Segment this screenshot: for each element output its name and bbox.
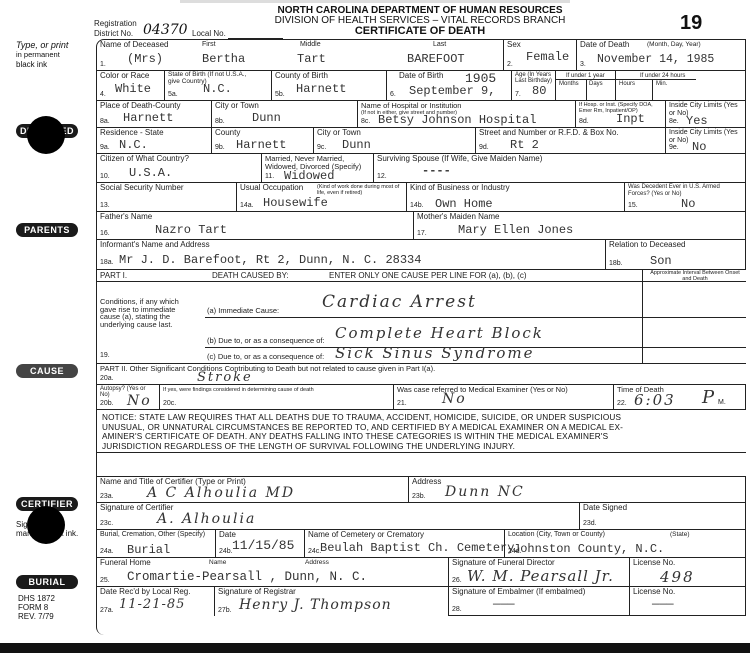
location-value: Johnston County, N.C. <box>513 542 664 556</box>
field-number: 2. <box>507 61 513 68</box>
certifier-name-value: A C Alhoulia MD <box>147 485 295 501</box>
cemetery-value: Beulah Baptist Ch. Cemetery <box>320 541 514 555</box>
citizen-value: U.S.A. <box>129 166 172 180</box>
instruction-text: Type, or print in permanent black ink <box>16 40 68 70</box>
field-number: 19. <box>100 352 110 359</box>
page-title: CERTIFICATE OF DEATH <box>300 26 540 36</box>
redaction-blot-2 <box>27 506 65 544</box>
occupation-value: Housewife <box>263 196 328 210</box>
district-label: District No. <box>94 30 133 38</box>
field-number: 23c. <box>100 520 113 527</box>
field-sex: Sex 2. Female <box>504 40 577 71</box>
dod-value: November 14, 1985 <box>597 53 714 66</box>
field-number: 14a. <box>240 202 254 209</box>
birth-county-label: County of Birth <box>275 72 328 80</box>
res-city-label: City or Town <box>317 129 361 137</box>
field-number: 4. <box>100 91 106 98</box>
field-citizen: Citizen of What Country? 10. U.S.A. <box>97 154 262 183</box>
armed-label: Was Decedent Ever in U.S. Armed Forces? … <box>628 184 738 197</box>
field-inside-city-8e: Inside City Limits (Yes or No) 8e. Yes <box>666 101 746 128</box>
field-name: Name of Deceased First Middle Last 1. (M… <box>97 40 504 71</box>
field-number: 8a. <box>100 118 110 125</box>
field-number: 7. <box>515 91 521 98</box>
field-inside-city-9e: Inside City Limits (Yes or No) 9e. No <box>666 128 746 154</box>
autopsy-value: No <box>127 393 152 409</box>
field-number: 27a. <box>100 607 114 614</box>
tab-burial: BURIAL <box>16 575 78 589</box>
last-name-value: BAREFOOT <box>407 52 465 66</box>
notice-line-4: JURISDICTION REGARDLESS OF THE LENGTH OF… <box>102 442 746 452</box>
me-label: Was case referred to Medical Examiner (Y… <box>397 386 568 394</box>
certifier-address-label: Address <box>412 478 441 486</box>
field-number: 16. <box>100 230 110 237</box>
license2-value: ——— <box>652 597 674 611</box>
birth-state-value: N.C. <box>203 82 232 96</box>
local-label: Local No. <box>192 30 226 38</box>
ssn-label: Social Security Number <box>100 184 184 192</box>
occupation-hint: (Kind of work done during most of life, … <box>317 184 405 196</box>
date-recd-label: Date Rec'd by Local Reg. <box>100 588 190 596</box>
dob-value: September 9, <box>409 84 495 98</box>
field-residence-city: City or Town 9c. Dunn <box>314 128 476 154</box>
inside-city-9e-value: No <box>692 140 706 154</box>
field-burial-location: Location (City, Town or County) (State) … <box>505 530 746 558</box>
field-relation: Relation to Deceased 18b. Son <box>606 240 746 270</box>
field-number: 9d. <box>479 144 489 151</box>
me-value: No <box>442 391 467 407</box>
burial-date-value: 11/15/85 <box>232 538 294 553</box>
spouse-value: ---- <box>422 164 451 178</box>
sex-label: Sex <box>507 41 521 49</box>
field-birth-state: State of Birth (If not U.S.A., give Coun… <box>165 71 272 101</box>
field-informant: Informant's Name and Address 18a. Mr J. … <box>97 240 606 270</box>
field-number: 8d. <box>579 118 589 125</box>
father-value: Nazro Tart <box>155 223 227 237</box>
field-number: 20c. <box>163 400 176 407</box>
fh-name-label: Name <box>209 559 226 567</box>
field-certifier-name: Name and Title of Certifier (Type or Pri… <box>97 476 409 503</box>
field-place-city: City or Town 8b. Dunn <box>212 101 358 128</box>
license-label: License No. <box>633 559 675 567</box>
divider <box>586 79 587 101</box>
embalmer-label: Signature of Embalmer (If embalmed) <box>452 588 585 596</box>
certifier-signature-value: A. Alhoulia <box>157 511 256 527</box>
director-label: Signature of Funeral Director <box>452 559 555 567</box>
informant-label: Informant's Name and Address <box>100 241 210 249</box>
mother-value: Mary Ellen Jones <box>458 223 573 237</box>
field-number: 25. <box>100 577 110 584</box>
cause-b-value: Complete Heart Block <box>335 324 544 342</box>
field-father: Father's Name 16. Nazro Tart <box>97 212 414 240</box>
registrar-value: Henry J. Thompson <box>239 597 392 613</box>
field-autopsy: Autopsy? (Yes or No) 20b. No <box>97 385 160 410</box>
field-business: Kind of Business or Industry 14b. Own Ho… <box>407 183 625 212</box>
field-number: 6. <box>390 91 396 98</box>
res-state-label: Residence - State <box>100 129 164 137</box>
registration-label: Registration <box>94 20 137 28</box>
months-label: Months <box>559 80 579 88</box>
informant-value: Mr J. D. Barefoot, Rt 2, Dunn, N. C. 283… <box>119 253 421 267</box>
cemetery-label: Name of Cemetery or Crematory <box>308 531 424 539</box>
field-embalmer: Signature of Embalmer (If embalmed) 28. … <box>449 587 630 616</box>
field-date-of-death: Date of Death (Month, Day, Year) 3. Nove… <box>577 40 746 71</box>
field-cemetery: Name of Cemetery or Crematory 24c. Beula… <box>305 530 505 558</box>
notice-line-1: NOTICE: STATE LAW REQUIRES THAT ALL DEAT… <box>102 413 746 423</box>
field-number: 24a. <box>100 548 114 555</box>
field-number: 11. <box>265 173 274 180</box>
enter-one-label: ENTER ONLY ONE CAUSE PER LINE FOR (a), (… <box>329 272 527 280</box>
field-number: 26. <box>452 577 462 584</box>
field-under-24-hours: If under 24 hours Hours Min. <box>616 71 746 101</box>
form-id: DHS 1872 FORM 8 REV. 7/79 <box>18 594 55 621</box>
place-county-value: Harnett <box>123 111 173 125</box>
field-number: 9a. <box>100 144 110 151</box>
res-county-value: Harnett <box>236 138 286 152</box>
cause-a-line <box>205 317 746 318</box>
age-label: Age (In Years Last Birthday) <box>515 72 559 84</box>
field-number: 8b. <box>215 118 225 125</box>
field-number: 1. <box>100 61 106 68</box>
first-label: First <box>202 41 216 49</box>
part2-label: PART II. Other Significant Conditions Co… <box>100 365 435 373</box>
notice-block: NOTICE: STATE LAW REQUIRES THAT ALL DEAT… <box>102 413 746 451</box>
field-funeral-director: Signature of Funeral Director 26. W. M. … <box>449 558 630 587</box>
date-recd-value: 11-21-85 <box>119 597 185 612</box>
cause-a-label: (a) Immediate Cause: <box>207 307 279 315</box>
field-burial-date: Date 24b. 11/15/85 <box>216 530 305 558</box>
field-number: 27b. <box>218 607 232 614</box>
district-no: 04370 <box>143 22 188 38</box>
divider <box>97 452 746 453</box>
field-license: License No. 498 <box>630 558 746 587</box>
field-number: 10. <box>100 173 110 180</box>
field-marital: Married, Never Married, Widowed, Divorce… <box>262 154 374 183</box>
last-label: Last <box>433 41 446 49</box>
field-number: 14b. <box>410 202 424 209</box>
middle-name-value: Tart <box>297 52 326 66</box>
field-number: 8e. <box>669 118 679 125</box>
field-medical-examiner: Was case referred to Medical Examiner (Y… <box>394 385 614 410</box>
cause-section: PART I. DEATH CAUSED BY: ENTER ONLY ONE … <box>97 270 746 385</box>
scan-edge-top <box>180 0 570 3</box>
field-date-received: Date Rec'd by Local Reg. 27a. 11-21-85 <box>97 587 215 616</box>
field-findings: If yes, were findings considered in dete… <box>160 385 394 410</box>
field-funeral-home: Funeral Home Name Address 25. Cromartie-… <box>97 558 449 587</box>
field-number: 18b. <box>609 260 623 267</box>
street-label: Street and Number or R.F.D. & Box No. <box>479 129 619 137</box>
inside-city-label: Inside City Limits (Yes or No) <box>669 129 745 144</box>
race-label: Color or Race <box>100 72 149 80</box>
form-id-line-2: FORM 8 <box>18 603 55 612</box>
place-city-label: City or Town <box>215 102 259 110</box>
registrar-label: Signature of Registrar <box>218 588 296 596</box>
form-id-line-3: REV. 7/79 <box>18 612 55 621</box>
tod-ampm-value: P <box>702 387 716 408</box>
scan-edge-bottom <box>0 643 750 653</box>
fh-address-label: Address <box>305 559 329 567</box>
field-occupation: Usual Occupation (Kind of work done duri… <box>237 183 407 212</box>
instruction-line-2: in permanent <box>16 50 68 60</box>
armed-value: No <box>681 197 695 211</box>
field-number: 21. <box>397 400 407 407</box>
res-city-value: Dunn <box>342 138 371 152</box>
field-number: 5a. <box>168 91 178 98</box>
field-certifier-address: Address 23b. Dunn NC <box>409 476 746 503</box>
spouse-label: Surviving Spouse (If Wife, Give Maiden N… <box>377 155 542 163</box>
inside-city-8e-value: Yes <box>686 114 708 128</box>
part1-label: PART I. <box>100 272 127 280</box>
death-caused-by-label: DEATH CAUSED BY: <box>212 272 289 280</box>
field-date-signed: Date Signed 23d. <box>580 503 746 530</box>
field-hospital: Name of Hospital or Institution (If not … <box>358 101 576 128</box>
field-residence-county: County 9b. Harnett <box>212 128 314 154</box>
tab-parents: PARENTS <box>16 223 78 237</box>
name-prefix-value: (Mrs) <box>127 52 163 66</box>
location-label: Location (City, Town or County) <box>508 531 605 539</box>
field-spouse: Surviving Spouse (If Wife, Give Maiden N… <box>374 154 746 183</box>
days-label: Days <box>589 80 603 88</box>
field-number: 20a. <box>100 375 114 382</box>
occupation-label: Usual Occupation <box>240 184 303 192</box>
father-label: Father's Name <box>100 213 152 221</box>
field-number: 15. <box>628 202 638 209</box>
field-license-2: License No. ——— <box>630 587 746 616</box>
field-number: 28. <box>452 606 462 613</box>
part2-value: Stroke <box>197 370 253 385</box>
field-ssn: Social Security Number 13. <box>97 183 237 212</box>
redaction-blot <box>27 116 65 154</box>
date-signed-label: Date Signed <box>583 504 627 512</box>
license2-label: License No. <box>633 588 675 596</box>
mother-label: Mother's Maiden Name <box>417 213 499 221</box>
name-label: Name of Deceased <box>100 41 168 49</box>
res-state-value: N.C. <box>119 138 148 152</box>
hospital-value: Betsy Johnson Hospital <box>378 113 536 127</box>
cause-c-value: Sick Sinus Syndrome <box>335 344 535 362</box>
field-number: 23b. <box>412 493 426 500</box>
sex-value: Female <box>526 50 569 64</box>
dod-hint: (Month, Day, Year) <box>647 41 701 49</box>
business-label: Kind of Business or Industry <box>410 184 510 192</box>
state-label: (State) <box>670 531 690 539</box>
tod-value: 6:03 <box>634 391 676 409</box>
field-number: 12. <box>377 173 387 180</box>
findings-label: If yes, were findings considered in dete… <box>163 386 314 394</box>
burial-method-label: Burial, Cremation, Other (Specify) <box>100 531 215 538</box>
field-number: 13. <box>100 202 110 209</box>
place-city-value: Dunn <box>252 111 281 125</box>
field-number: 17. <box>417 230 427 237</box>
burial-method-value: Burial <box>127 543 170 557</box>
tab-cause: CAUSE <box>16 364 78 378</box>
field-number: 23d. <box>583 520 597 527</box>
field-armed-forces: Was Decedent Ever in U.S. Armed Forces? … <box>625 183 746 212</box>
director-value: W. M. Pearsall Jr. <box>467 567 614 585</box>
field-race: Color or Race 4. White <box>97 71 165 101</box>
field-number: 3. <box>580 61 586 68</box>
field-registrar: Signature of Registrar 27b. Henry J. Tho… <box>215 587 449 616</box>
field-age: Age (In Years Last Birthday) 7. 80 <box>512 71 556 101</box>
field-hospital-status: If Hosp. or Inst. (Specify DOA, Emer Rm,… <box>576 101 666 128</box>
field-number: 24b. <box>219 548 233 555</box>
relation-value: Son <box>650 254 672 268</box>
cause-c-label: (c) Due to, or as a consequence of: <box>207 353 324 361</box>
dob-label: Date of Birth <box>399 72 443 80</box>
divider <box>97 281 746 282</box>
embalmer-value: ——— <box>493 597 515 611</box>
field-under-1-year: If under 1 year Months Days <box>556 71 616 101</box>
conditions-note: Conditions, if any which gave rise to im… <box>100 298 192 328</box>
age-value: 80 <box>532 84 546 98</box>
business-value: Own Home <box>435 197 493 211</box>
form-id-line-1: DHS 1872 <box>18 594 55 603</box>
page-number: 19 <box>680 12 702 35</box>
field-place-county: Place of Death-County 8a. Harnett <box>97 101 212 128</box>
field-burial-method: Burial, Cremation, Other (Specify) 24a. … <box>97 530 216 558</box>
field-number: 20b. <box>100 400 114 407</box>
dod-label: Date of Death <box>580 41 629 49</box>
cause-a-value: Cardiac Arrest <box>322 292 477 312</box>
field-date-of-birth: Date of Birth 1905 6. September 9, <box>387 71 512 101</box>
field-birth-county: County of Birth 5b. Harnett <box>272 71 387 101</box>
field-number: 23a. <box>100 493 114 500</box>
field-number: 5b. <box>275 91 285 98</box>
cause-b-label: (b) Due to, or as a consequence of: <box>207 337 325 345</box>
hours-label: Hours <box>619 80 635 88</box>
funeral-home-label: Funeral Home <box>100 559 151 567</box>
notice-line-2: UNUSUAL, OR UNNATURAL CIRCUMSTANCES BE R… <box>102 423 746 433</box>
field-time-of-death: Time of Death 22. 6:03 P M. <box>614 385 746 410</box>
race-value: White <box>115 82 151 96</box>
field-certifier-signature: Signature of Certifier 23c. A. Alhoulia <box>97 503 580 530</box>
certifier-address-value: Dunn NC <box>445 484 525 500</box>
middle-label: Middle <box>300 41 321 49</box>
field-number: 8c. <box>361 118 370 125</box>
birth-county-value: Harnett <box>296 82 346 96</box>
instruction-line-3: black ink <box>16 60 68 70</box>
field-number: 22. <box>617 400 627 407</box>
tod-suffix: M. <box>718 399 726 407</box>
citizen-label: Citizen of What Country? <box>100 155 189 163</box>
notice-line-3: AMINER'S CERTIFICATE OF DEATH. ANY DEATH… <box>102 432 746 442</box>
field-number: 9b. <box>215 144 225 151</box>
instruction-line-1: Type, or print <box>16 40 68 50</box>
field-number: 18a. <box>100 259 114 266</box>
field-number: 9e. <box>669 144 679 151</box>
field-residence-state: Residence - State 9a. N.C. <box>97 128 212 154</box>
divider <box>652 79 653 101</box>
place-county-label: Place of Death-County <box>100 102 181 110</box>
relation-label: Relation to Deceased <box>609 241 686 249</box>
min-label: Min. <box>656 80 667 88</box>
field-number: 9c. <box>317 144 326 151</box>
hosp-status-value: Inpt <box>616 112 645 126</box>
funeral-home-value: Cromartie-Pearsall , Dunn, N. C. <box>127 570 367 584</box>
license-value: 498 <box>660 568 695 586</box>
field-mother: Mother's Maiden Name 17. Mary Ellen Jone… <box>414 212 746 240</box>
field-street: Street and Number or R.F.D. & Box No. 9d… <box>476 128 666 154</box>
street-value: Rt 2 <box>510 138 539 152</box>
first-name-value: Bertha <box>202 52 245 66</box>
marital-value: Widowed <box>284 169 334 183</box>
res-county-label: County <box>215 129 240 137</box>
